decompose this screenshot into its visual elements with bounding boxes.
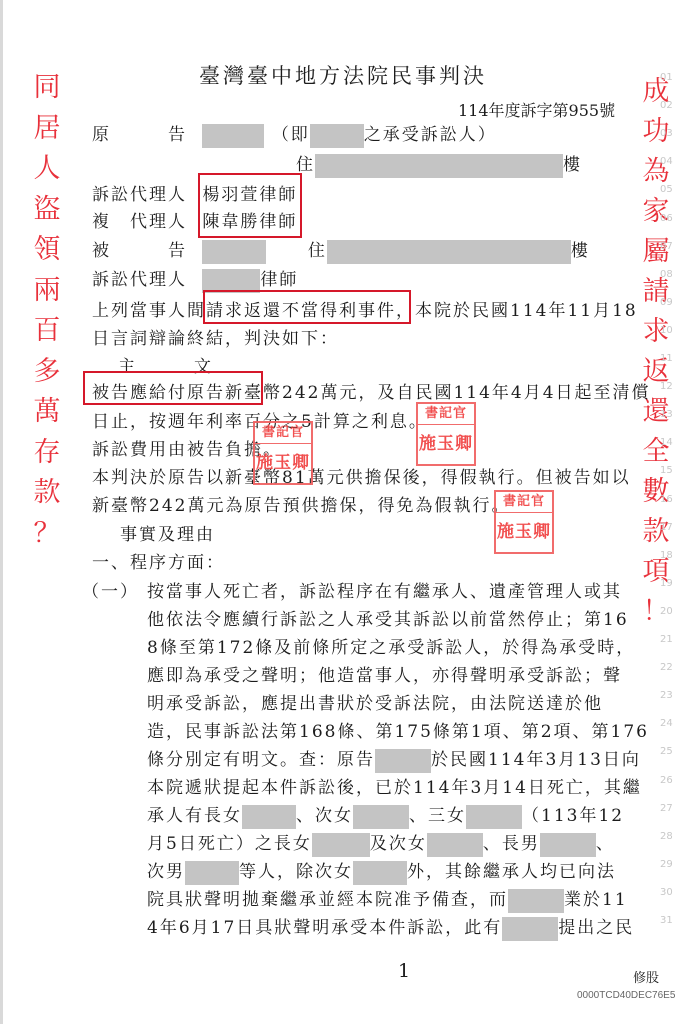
plaintiff-row: 原 告 （即之承受訴訟人） (92, 120, 497, 148)
para-line: 次男等人，除次女外，其餘繼承人均已向法 (147, 857, 616, 885)
paragraph-marker: （一） (82, 577, 139, 602)
redacted-name (508, 889, 564, 913)
line-number: 03 (660, 128, 673, 139)
para-text: 、長男 (483, 834, 540, 854)
line-number: 20 (660, 606, 673, 617)
para-line: 8條至第172條及前條所定之承受訴訟人，於得為承受時， (147, 633, 635, 658)
para-text: 月5日死亡）之長女 (147, 834, 312, 854)
caption-char: 領 (34, 230, 61, 271)
para-text: 、次女 (296, 806, 353, 826)
intro-text: ，本院於民國114年11月18 (396, 301, 638, 321)
stamp-title: 書記官 (255, 423, 311, 444)
redacted-name (202, 124, 264, 148)
line-number: 23 (660, 690, 673, 701)
redacted-name (540, 833, 596, 857)
department-label: 修股 (633, 967, 659, 986)
line-number: 15 (660, 465, 673, 476)
redacted-name (353, 805, 409, 829)
stamp-name: 施玉卿 (255, 444, 311, 483)
redacted-name (242, 805, 296, 829)
line-number: 17 (660, 522, 673, 533)
line-number: 16 (660, 494, 673, 505)
caption-char: 存 (34, 433, 61, 474)
caption-char: 兩 (34, 271, 61, 312)
judgment-line-5: 新臺幣242萬元為原告預供擔保，得免為假執行。 (92, 491, 510, 516)
caption-char: 萬 (34, 392, 61, 433)
clerk-seal-stamp: 書記官 施玉卿 (494, 490, 554, 554)
address-suffix: 樓 (563, 155, 582, 175)
case-number: 114年度訴字第955號 (458, 98, 615, 121)
redacted-name (185, 861, 239, 885)
redacted-name (202, 269, 260, 293)
caption-char: 盜 (34, 190, 61, 231)
para-text: 提出之民 (558, 918, 634, 938)
para-text: 於民國114年3月13日向 (431, 750, 641, 770)
line-number: 24 (660, 718, 673, 729)
section-heading: 一、程序方面： (92, 548, 225, 573)
defendant-counsel-label: 訴訟代理人 (92, 270, 187, 290)
clerk-seal-stamp: 書記官 施玉卿 (253, 421, 313, 485)
award-highlight-box (83, 371, 263, 405)
line-number: 19 (660, 578, 673, 589)
caption-char: 居 (34, 109, 61, 150)
case-type-highlight-box (203, 290, 411, 324)
line-number: 09 (660, 297, 673, 308)
line-number: 07 (660, 241, 673, 252)
sub-counsel-label: 複 代理人 (92, 212, 187, 232)
caption-char: 屬 (643, 232, 670, 272)
redacted-address (315, 154, 563, 178)
redacted-name (202, 240, 266, 264)
judgment-text: ，及自民國114年4月4日起至清償 (358, 383, 650, 403)
counsel-highlight-box (198, 173, 302, 238)
document-id: 0000TCD40DEC76E5 (577, 990, 675, 1001)
line-number: 05 (660, 184, 673, 195)
stamp-name: 施玉卿 (496, 513, 552, 552)
plaintiff-address-row: 住樓 (296, 150, 582, 178)
line-number: 30 (660, 887, 673, 898)
redacted-name (375, 749, 431, 773)
para-line: 他依法令應續行訴訟之人承受其訴訟以前當然停止；第16 (147, 605, 629, 630)
para-line: 條分別定有明文。查：原告於民國114年3月13日向 (147, 745, 641, 773)
caption-char: 多 (34, 352, 61, 393)
page-edge (0, 0, 3, 1024)
caption-char: 款 (34, 473, 61, 514)
line-number: 02 (660, 100, 673, 111)
line-number: 14 (660, 437, 673, 448)
line-number: 22 (660, 662, 673, 673)
document-title: 臺灣臺中地方法院民事判決 (0, 60, 686, 90)
para-line: 本院遞狀提起本件訴訟後，已於114年3月14日死亡，其繼 (147, 773, 642, 798)
plaintiff-paren-close: 之承受訴訟人） (364, 125, 497, 145)
para-text: 及次女 (370, 834, 427, 854)
para-line: 按當事人死亡者，訴訟程序在有繼承人、遺產管理人或其 (147, 577, 622, 602)
judgment-line-4: 本判決於原告以新臺幣81萬元供擔保後，得假執行。但被告如以 (92, 463, 631, 488)
redacted-name (353, 861, 407, 885)
para-text: 、三女 (409, 806, 466, 826)
line-number: 28 (660, 831, 673, 842)
para-line: 院具狀聲明拋棄繼承並經本院准予備查，而業於11 (147, 885, 628, 913)
stamp-title: 書記官 (418, 404, 474, 425)
defendant-address-suffix: 樓 (571, 241, 590, 261)
para-line: 4年6月17日具狀聲明承受本件訴訟，此有提出之民 (147, 913, 634, 941)
caption-char: 百 (34, 311, 61, 352)
para-text: 業於11 (564, 890, 628, 910)
para-text: 外，其餘繼承人均已向法 (407, 862, 616, 882)
defendant-address-prefix: 住 (308, 241, 327, 261)
caption-char: 人 (34, 149, 61, 190)
line-number: 31 (660, 915, 673, 926)
line-number: 21 (660, 634, 673, 645)
defendant-row: 被 告 住樓 (92, 236, 590, 264)
defendant-label: 被 告 (92, 241, 187, 261)
line-number: 11 (660, 353, 673, 364)
stamp-title: 書記官 (496, 492, 552, 513)
line-number: 04 (660, 156, 673, 167)
intro-text: 上列當事人間 (92, 301, 206, 321)
stamp-name: 施玉卿 (418, 425, 474, 464)
left-caption: 同 居 人 盜 領 兩 百 多 萬 存 款 ？ (27, 68, 67, 554)
para-text: 次男 (147, 862, 185, 882)
para-text: 院具狀聲明拋棄繼承並經本院准予備查，而 (147, 890, 508, 910)
line-number: 08 (660, 269, 673, 280)
line-number: 26 (660, 775, 673, 786)
caption-char: 數 (643, 472, 670, 512)
para-text: 條分別定有明文。查：原告 (147, 750, 375, 770)
para-line: 明承受訴訟，應提出書狀於受訴法院，由法院送達於他 (147, 689, 603, 714)
line-number: 06 (660, 213, 673, 224)
para-text: 、 (596, 834, 615, 854)
para-line: 造，民事訴訟法第168條、第175條第1項、第2項、第176 (147, 717, 649, 742)
defendant-counsel-suffix: 律師 (260, 270, 298, 290)
line-number: 25 (660, 746, 673, 757)
intro-line-2: 日言詞辯論終結，判決如下： (92, 324, 339, 349)
para-line: 承人有長女、次女、三女（113年12 (147, 801, 624, 829)
para-text: （113年12 (522, 806, 624, 826)
para-line: 應即為承受之聲明；他造當事人，亦得聲明承受訴訟；聲 (147, 661, 622, 686)
line-number: 27 (660, 803, 673, 814)
plaintiff-paren-open: （即 (272, 125, 310, 145)
redacted-name (310, 124, 364, 148)
plaintiff-label: 原 告 (92, 125, 187, 145)
para-text: 等人，除次女 (239, 862, 353, 882)
redacted-name (466, 805, 522, 829)
facts-heading: 事實及理由 (120, 520, 215, 545)
line-number: 13 (660, 409, 673, 420)
para-text: 承人有長女 (147, 806, 242, 826)
redacted-name (427, 833, 483, 857)
defendant-counsel-row: 訴訟代理人 律師 (92, 265, 298, 293)
line-number: 12 (660, 381, 673, 392)
caption-char: ？ (34, 514, 61, 555)
line-number: 29 (660, 859, 673, 870)
redacted-name (312, 833, 370, 857)
line-number: 10 (660, 325, 673, 336)
counsel-label: 訴訟代理人 (92, 185, 187, 205)
redacted-name (502, 917, 558, 941)
redacted-address (327, 240, 571, 264)
clerk-seal-stamp: 書記官 施玉卿 (416, 402, 476, 466)
page-number: 1 (398, 960, 410, 982)
line-number: 18 (660, 550, 673, 561)
para-text: 4年6月17日具狀聲明承受本件訴訟，此有 (147, 918, 502, 938)
address-prefix: 住 (296, 155, 315, 175)
para-line: 月5日死亡）之長女及次女、長男、 (147, 829, 615, 857)
